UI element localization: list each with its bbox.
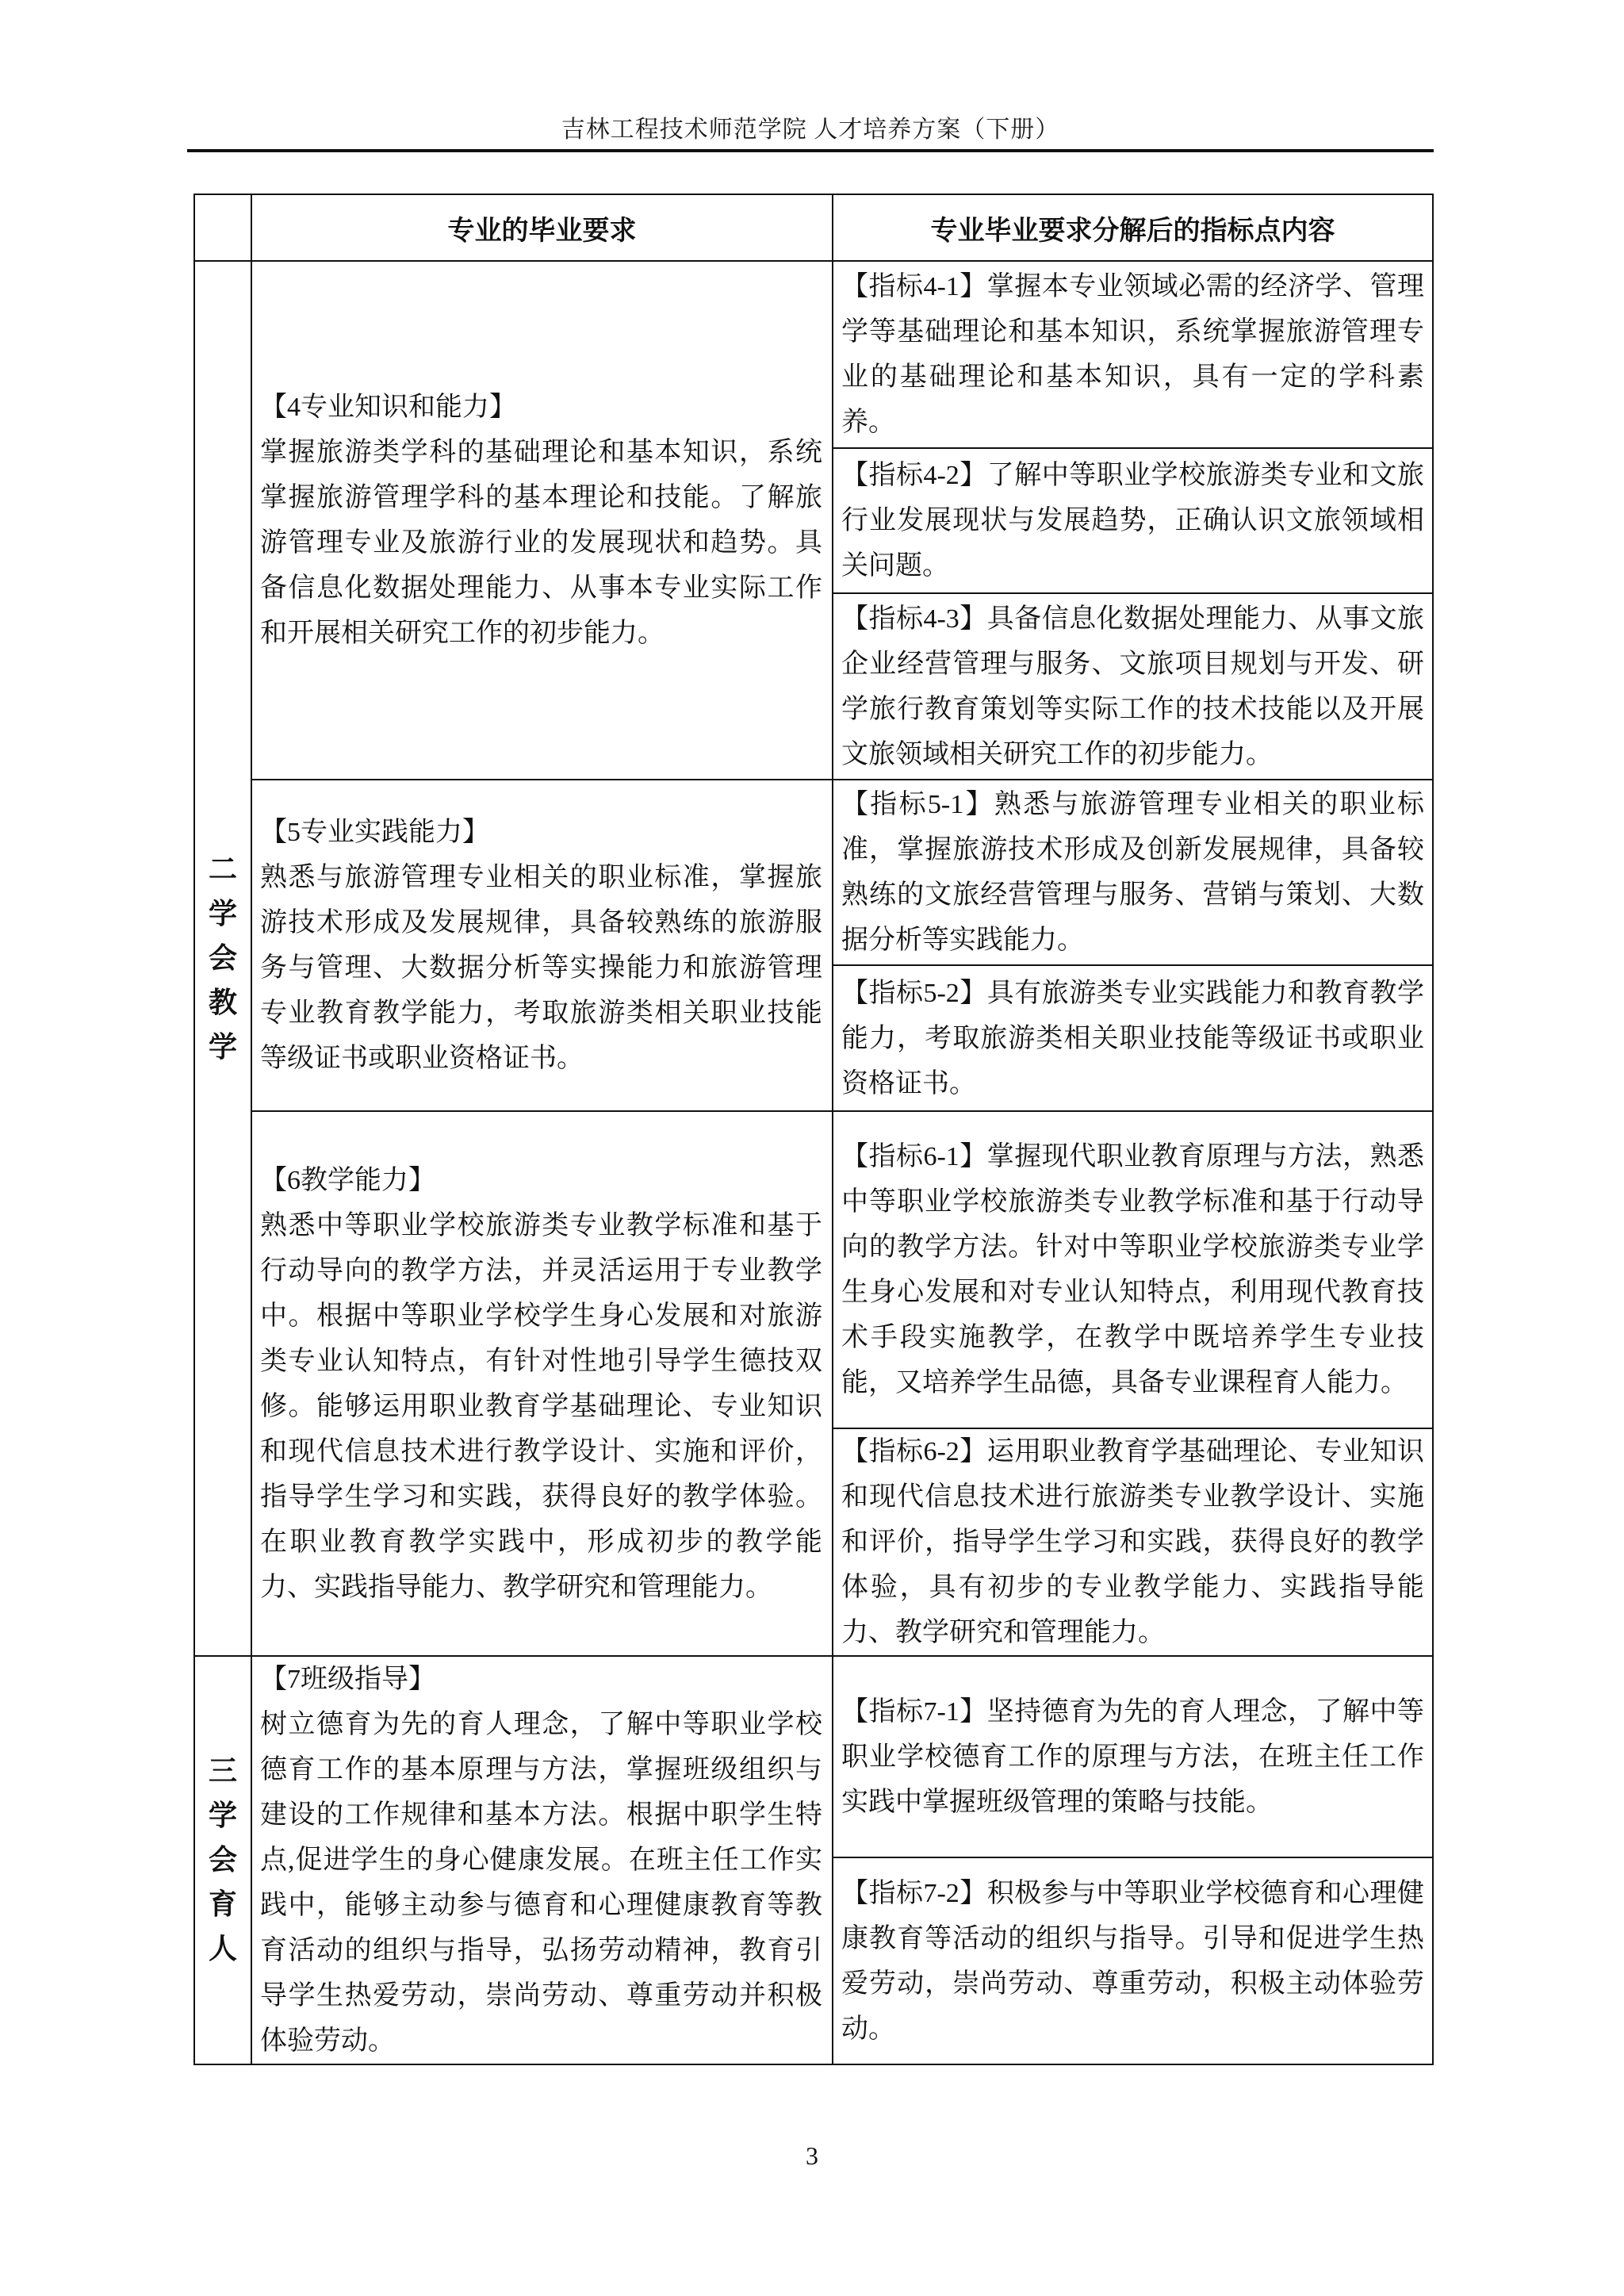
- requirement-cell: 【6教学能力】 熟悉中等职业学校旅游类专业教学标准和基于行动导向的教学方法，并灵…: [251, 1111, 833, 1656]
- requirement-title: 【6教学能力】: [260, 1158, 822, 1203]
- indicator-cell: 【指标4-1】掌握本专业领域必需的经济学、管理学等基础理论和基本知识，系统掌握旅…: [833, 261, 1433, 448]
- table-row: 【6教学能力】 熟悉中等职业学校旅游类专业教学标准和基于行动导向的教学方法，并灵…: [194, 1111, 1433, 1428]
- requirement-title: 【7班级指导】: [260, 1657, 822, 1702]
- indicator-cell: 【指标7-2】积极参与中等职业学校德育和心理健康教育等活动的组织与指导。引导和促…: [833, 1857, 1433, 2064]
- category-char: 育: [195, 1883, 251, 1927]
- header-requirement: 专业的毕业要求: [251, 194, 833, 261]
- indicator-cell: 【指标4-2】了解中等职业学校旅游类专业和文旅行业发展现状与发展趋势，正确认识文…: [833, 448, 1433, 593]
- table-row: 【5专业实践能力】 熟悉与旅游管理专业相关的职业标准，掌握旅游技术形成及发展规律…: [194, 780, 1433, 965]
- requirement-cell: 【7班级指导】 树立德育为先的育人理念，了解中等职业学校德育工作的基本原理与方法…: [251, 1656, 833, 2064]
- requirement-cell: 【4专业知识和能力】 掌握旅游类学科的基础理论和基本知识，系统掌握旅游管理学科的…: [251, 261, 833, 780]
- requirement-body: 熟悉中等职业学校旅游类专业教学标准和基于行动导向的教学方法，并灵活运用于专业教学…: [260, 1203, 822, 1610]
- indicator-cell: 【指标6-2】运用职业教育学基础理论、专业知识和现代信息技术进行旅游类专业教学设…: [833, 1428, 1433, 1656]
- category-char: 学: [195, 1794, 251, 1838]
- category-char: 人: [195, 1927, 251, 1972]
- header-indicator: 专业毕业要求分解后的指标点内容: [833, 194, 1433, 261]
- category-char: 学: [195, 892, 251, 937]
- requirement-title: 【5专业实践能力】: [260, 810, 822, 855]
- category-char: 教: [195, 981, 251, 1025]
- indicator-cell: 【指标5-1】熟悉与旅游管理专业相关的职业标准，掌握旅游技术形成及创新发展规律，…: [833, 780, 1433, 965]
- page-number: 3: [0, 2141, 1624, 2171]
- requirement-title: 【4专业知识和能力】: [260, 385, 822, 430]
- requirement-cell: 【5专业实践能力】 熟悉与旅游管理专业相关的职业标准，掌握旅游技术形成及发展规律…: [251, 780, 833, 1111]
- indicator-cell: 【指标4-3】具备信息化数据处理能力、从事文旅企业经营管理与服务、文旅项目规划与…: [833, 593, 1433, 780]
- table-header-row: 专业的毕业要求 专业毕业要求分解后的指标点内容: [194, 194, 1433, 261]
- table-row: 三 学 会 育 人 【7班级指导】 树立德育为先的育人理念，了解中等职业学校德育…: [194, 1656, 1433, 1857]
- category-char: 二: [195, 848, 251, 892]
- category-char: 三: [195, 1750, 251, 1794]
- header-rule: [187, 149, 1434, 152]
- requirement-body: 掌握旅游类学科的基础理论和基本知识，系统掌握旅游管理学科的基本理论和技能。了解旅…: [260, 430, 822, 656]
- requirement-body: 熟悉与旅游管理专业相关的职业标准，掌握旅游技术形成及发展规律，具备较熟练的旅游服…: [260, 855, 822, 1081]
- category-char: 会: [195, 937, 251, 981]
- category-char: 学: [195, 1025, 251, 1070]
- indicator-cell: 【指标5-2】具有旅游类专业实践能力和教育教学能力，考取旅游类相关职业技能等级证…: [833, 965, 1433, 1111]
- indicator-cell: 【指标6-1】掌握现代职业教育原理与方法，熟悉中等职业学校旅游类专业教学标准和基…: [833, 1111, 1433, 1428]
- category-char: 会: [195, 1838, 251, 1883]
- page-header-title: 吉林工程技术师范学院 人才培养方案（下册）: [187, 109, 1434, 144]
- table-row: 二 学 会 教 学 【4专业知识和能力】 掌握旅游类学科的基础理论和基本知识，系…: [194, 261, 1433, 448]
- category-cell-teaching: 二 学 会 教 学: [194, 261, 251, 1656]
- requirement-body: 树立德育为先的育人理念，了解中等职业学校德育工作的基本原理与方法，掌握班级组织与…: [260, 1702, 822, 2064]
- header-category: [194, 194, 251, 261]
- category-cell-nurturing: 三 学 会 育 人: [194, 1656, 251, 2064]
- graduation-requirements-table: 专业的毕业要求 专业毕业要求分解后的指标点内容 二 学 会 教 学 【4专业知识…: [193, 194, 1434, 2065]
- indicator-cell: 【指标7-1】坚持德育为先的育人理念，了解中等职业学校德育工作的原理与方法，在班…: [833, 1656, 1433, 1857]
